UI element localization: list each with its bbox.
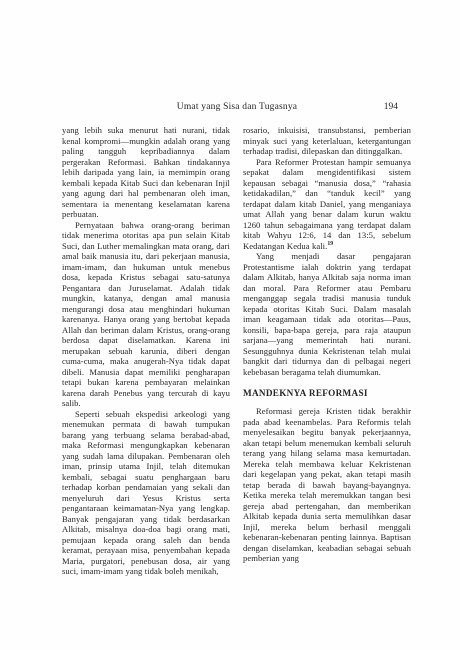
scanned-book-page: Umat yang Sisa dan Tugasnya 194 yang leb…: [0, 0, 460, 650]
text-column-right: rosario, inkuisisi, transubstansi, pembe…: [243, 125, 411, 577]
running-header-title: Umat yang Sisa dan Tugasnya: [62, 101, 412, 114]
paragraph: yang lebih suka menurut hati nurani, tid…: [62, 125, 230, 220]
two-column-text: yang lebih suka menurut hati nurani, tid…: [62, 125, 412, 577]
text-block: Umat yang Sisa dan Tugasnya 194 yang leb…: [62, 101, 412, 577]
page-number: 194: [384, 101, 398, 114]
section-heading: MANDEKNYA REFORMASI: [243, 388, 411, 399]
paragraph: Yang menjadi dasar pengajaran Protestant…: [243, 251, 411, 377]
text-column-left: yang lebih suka menurut hati nurani, tid…: [62, 125, 230, 577]
footnote-ref: 19: [327, 241, 333, 247]
paragraph: Pernyataan bahwa orang-orang beriman tid…: [62, 220, 230, 409]
paragraph: Seperti sebuah ekspedisi arkeologi yang …: [62, 409, 230, 577]
paragraph: Reformasi gereja Kristen tidak berakhir …: [243, 406, 411, 564]
running-header: Umat yang Sisa dan Tugasnya 194: [62, 101, 412, 114]
paragraph: rosario, inkuisisi, transubstansi, pembe…: [243, 125, 411, 157]
paragraph: Para Reformer Protestan hampir semuanya …: [243, 157, 411, 252]
